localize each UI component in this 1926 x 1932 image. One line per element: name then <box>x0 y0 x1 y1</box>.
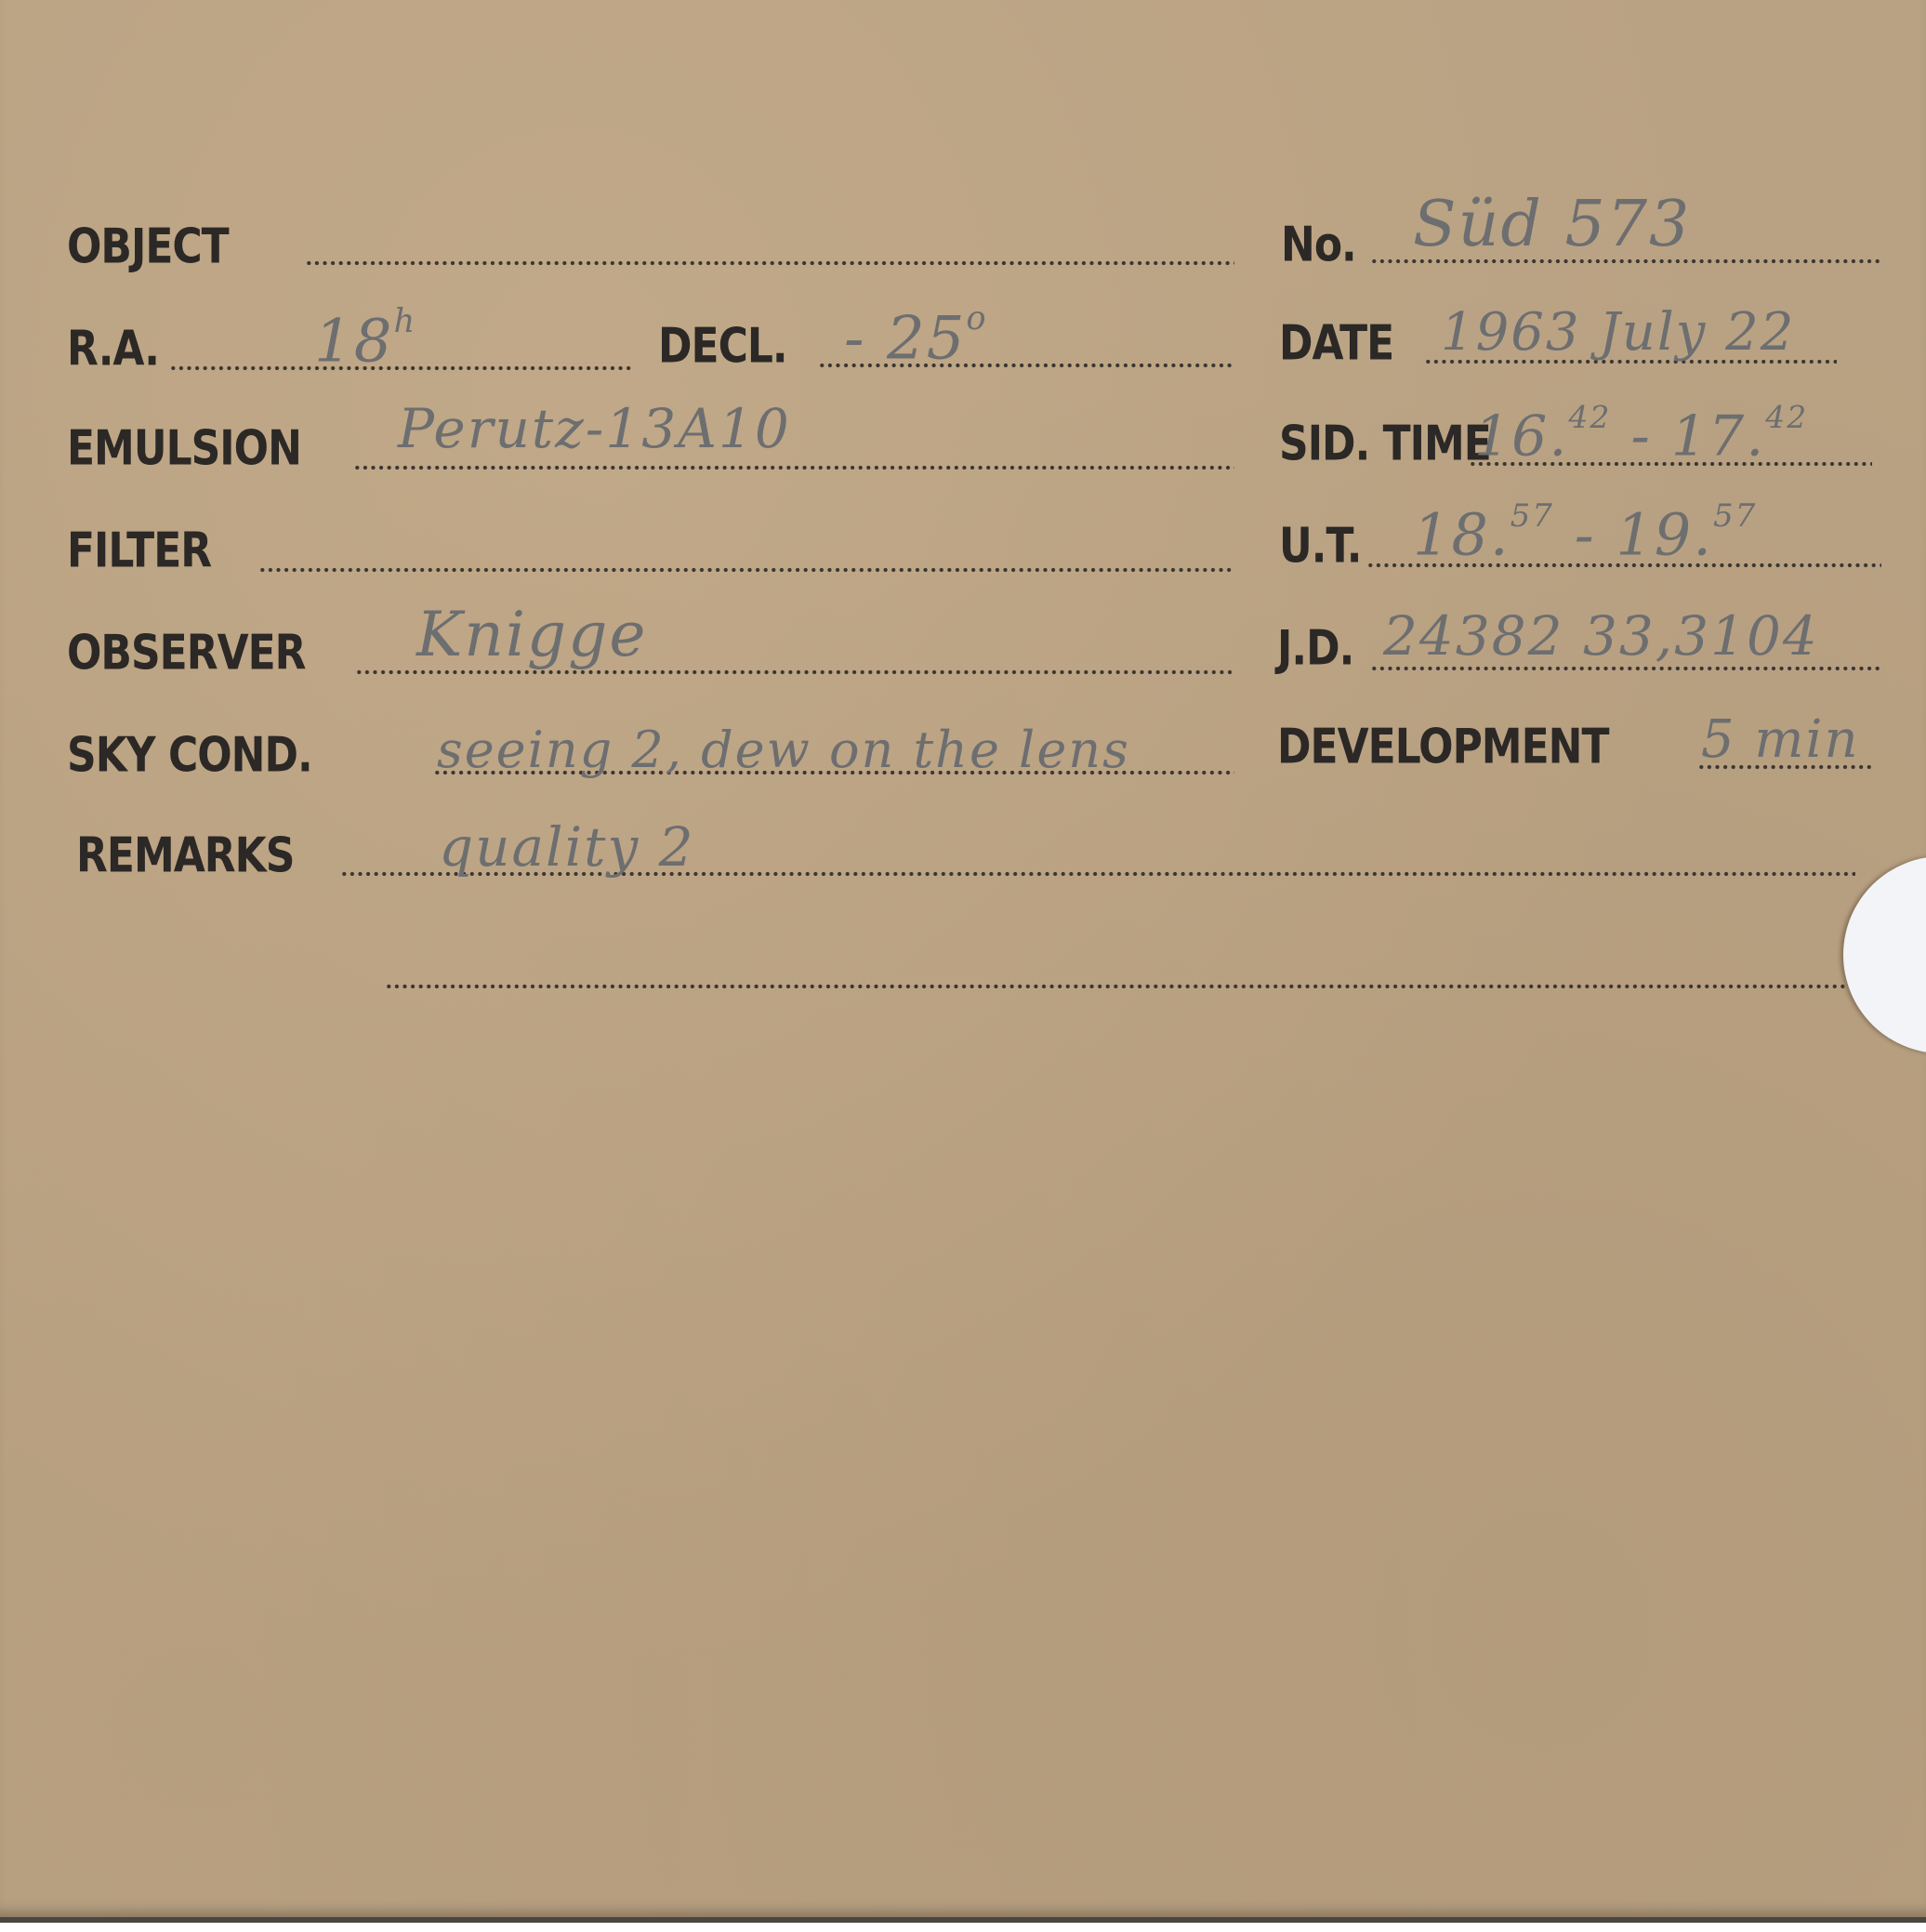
sid-time-separator: - <box>1611 404 1670 470</box>
ut-label: U.T. <box>1279 523 1362 571</box>
remarks-label: REMARKS <box>76 832 294 880</box>
sid-time-label: SID. TIME <box>1279 420 1491 469</box>
ra-unit: h <box>393 302 416 340</box>
ut-separator: - <box>1554 501 1616 569</box>
punch-hole-icon <box>1843 856 1926 1053</box>
development-label: DEVELOPMENT <box>1277 723 1609 772</box>
ra-label: R.A. <box>67 325 159 374</box>
ut-start-min: 57 <box>1510 497 1554 535</box>
filter-line <box>258 567 1234 573</box>
ut-end-min: 57 <box>1713 497 1757 535</box>
no-label: No. <box>1281 221 1356 270</box>
object-label: OBJECT <box>67 223 229 271</box>
jd-value: 24382 33,3104 <box>1383 609 1819 663</box>
emulsion-value: Perutz-13A10 <box>398 402 791 456</box>
object-line <box>305 260 1234 266</box>
decl-unit: o <box>966 299 987 337</box>
no-value: Süd 573 <box>1413 193 1691 257</box>
decl-value: - 25o <box>844 302 988 369</box>
sid-time-start-hour: 16. <box>1474 404 1568 470</box>
sid-time-start-min: 42 <box>1568 399 1611 435</box>
ut-start-hour: 18. <box>1413 501 1510 569</box>
remarks-line-2 <box>385 984 1846 989</box>
ut-end-hour: 19. <box>1616 501 1713 569</box>
plate-envelope: OBJECT R.A. 18h DECL. - 25o EMULSION Per… <box>0 0 1926 1923</box>
sky-cond-value: seeing 2, dew on the lens <box>437 725 1130 775</box>
jd-label: J.D. <box>1277 625 1353 673</box>
ra-hours: 18 <box>314 308 393 377</box>
development-value: 5 min <box>1701 714 1860 766</box>
emulsion-label: EMULSION <box>67 425 301 473</box>
emulsion-line <box>353 465 1234 470</box>
observer-label: OBSERVER <box>67 629 306 678</box>
ut-value: 18.57 - 19.57 <box>1413 500 1757 564</box>
sid-time-value: 16.42 - 17.42 <box>1474 402 1808 465</box>
filter-label: FILTER <box>67 527 211 576</box>
sky-cond-label: SKY COND. <box>67 732 312 780</box>
observer-value: Knigge <box>416 604 647 666</box>
sid-time-end-hour: 17. <box>1671 404 1765 470</box>
sid-time-end-min: 42 <box>1765 399 1808 435</box>
remarks-value: quality 2 <box>439 820 695 874</box>
date-label: DATE <box>1279 320 1393 368</box>
date-value: 1963 July 22 <box>1441 307 1795 359</box>
ra-value: 18h <box>314 305 416 372</box>
decl-label: DECL. <box>658 323 787 371</box>
decl-degrees: - 25 <box>844 305 966 374</box>
